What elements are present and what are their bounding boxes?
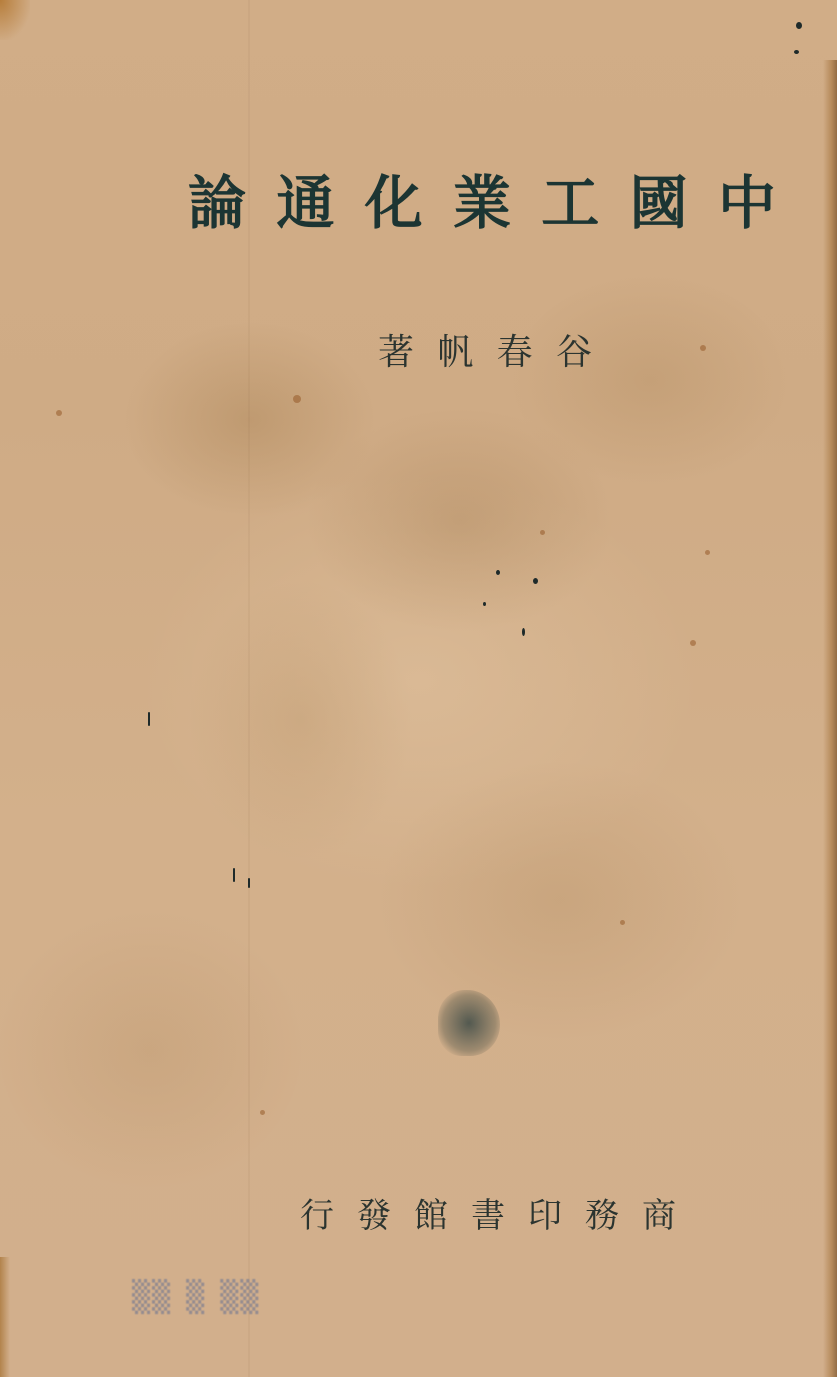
author-char: 谷 — [554, 331, 594, 375]
stamp-mark: ▒ — [186, 1280, 206, 1316]
author-char: 春 — [495, 331, 535, 375]
stamp-mark: ▒▒ — [220, 1280, 260, 1316]
publisher-char: 書 — [469, 1194, 507, 1238]
foxing-spot — [56, 410, 62, 416]
book-title: 中 國 工 業 化 通 論 — [186, 168, 778, 238]
author-char: 著 — [376, 331, 416, 375]
foxing-spot — [690, 640, 696, 646]
publisher-char: 印 — [526, 1194, 564, 1238]
foxing-spot — [260, 1110, 265, 1115]
foxing-spot — [700, 345, 706, 351]
foxing-spot — [293, 395, 301, 403]
foxing-spot — [620, 920, 625, 925]
title-char: 化 — [363, 170, 425, 236]
publisher-line: 商 務 印 書 館 發 行 — [298, 1193, 678, 1239]
ink-speck — [533, 578, 538, 584]
publisher-char: 務 — [583, 1194, 621, 1238]
worn-right-edge — [823, 60, 837, 1377]
ink-speck — [233, 868, 235, 882]
author-char: 帆 — [435, 331, 475, 375]
book-cover: 中 國 工 業 化 通 論 谷 春 帆 著 商 務 印 書 館 發 行 ▒▒ ▒… — [0, 0, 837, 1377]
ink-speck — [794, 50, 799, 54]
foxing-spot — [705, 550, 710, 555]
worn-top-left-corner — [0, 0, 30, 40]
worn-bottom-left-edge — [0, 1257, 10, 1377]
publisher-char: 館 — [412, 1194, 450, 1238]
ink-speck — [522, 628, 525, 636]
title-char: 中 — [716, 170, 778, 236]
library-stamp: ▒▒ ▒ ▒▒ — [132, 1278, 382, 1318]
title-char: 工 — [539, 170, 601, 236]
stamp-mark: ▒▒ — [132, 1280, 172, 1316]
ink-speck — [148, 712, 150, 726]
ink-speck — [483, 602, 486, 606]
publisher-char: 發 — [355, 1194, 393, 1238]
publisher-char: 商 — [640, 1194, 678, 1238]
ink-speck — [496, 570, 500, 575]
ink-blot — [438, 990, 500, 1056]
foxing-spot — [540, 530, 545, 535]
title-char: 通 — [274, 170, 336, 236]
ink-speck — [248, 878, 250, 888]
title-char: 國 — [628, 170, 690, 236]
title-char: 業 — [451, 170, 513, 236]
title-char: 論 — [186, 170, 248, 236]
publisher-char: 行 — [298, 1194, 336, 1238]
ink-speck — [796, 22, 802, 29]
author-line: 谷 春 帆 著 — [376, 330, 594, 376]
